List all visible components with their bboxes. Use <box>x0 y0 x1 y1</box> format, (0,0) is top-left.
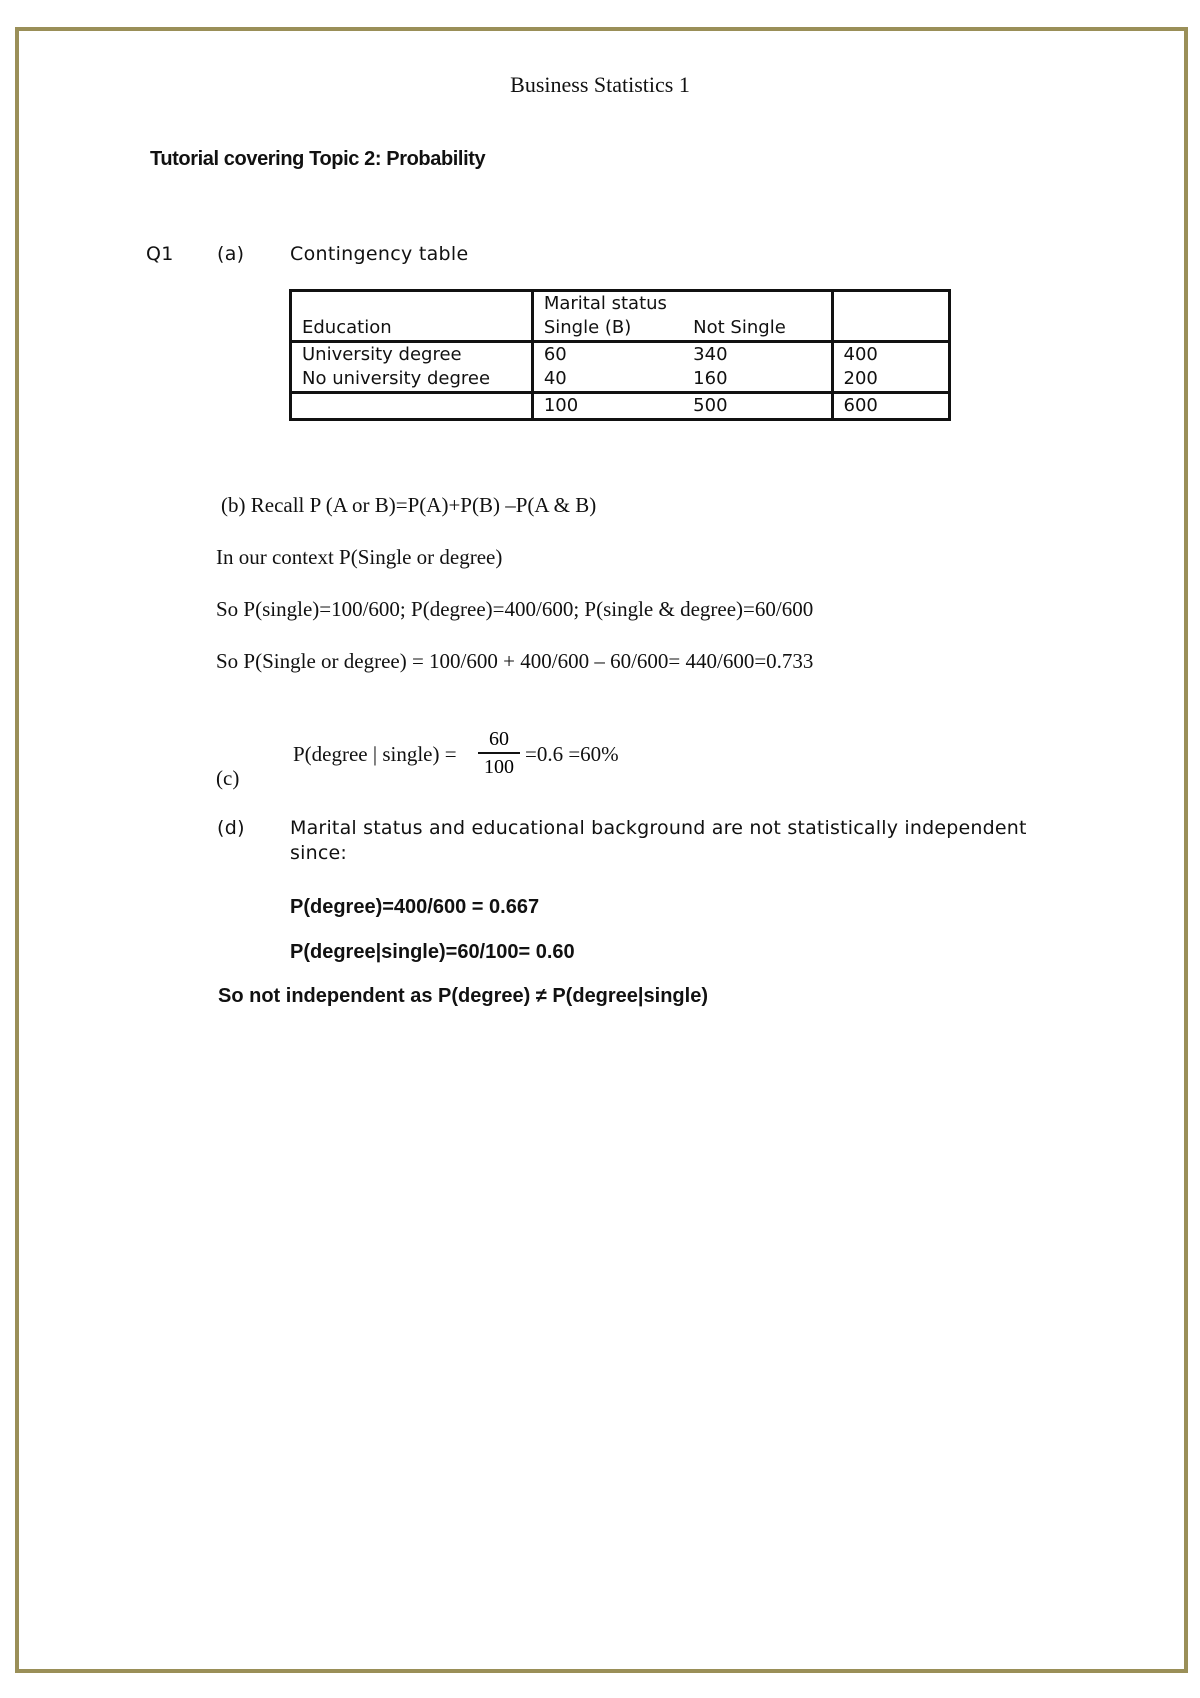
part-d-text: Marital status and educational backgroun… <box>290 817 1027 839</box>
part-d-equation-1: P(degree)=400/600 = 0.667 <box>290 896 539 919</box>
table-row: No university degree 40 160 200 <box>291 367 950 393</box>
group-header: Marital status <box>532 291 832 317</box>
cell: 40 <box>532 367 683 393</box>
column-header: Single (B) <box>532 316 683 342</box>
part-d-conclusion: So not independent as P(degree) ≠ P(degr… <box>218 985 708 1008</box>
document-title: Business Statistics 1 <box>0 72 1200 98</box>
part-b-probabilities: So P(single)=100/600; P(degree)=400/600;… <box>216 597 813 622</box>
part-d-equation-2: P(degree|single)=60/100= 0.60 <box>290 941 575 964</box>
cell: 60 <box>532 342 683 368</box>
row-header: Education <box>291 316 533 342</box>
tutorial-heading: Tutorial covering Topic 2: Probability <box>150 148 485 171</box>
part-a-label: (a) <box>217 243 244 265</box>
part-b-result: So P(Single or degree) = 100/600 + 400/6… <box>216 649 813 674</box>
part-c-fraction: 60 100 <box>478 727 520 779</box>
cell: 600 <box>832 393 949 420</box>
part-b-context: In our context P(Single or degree) <box>216 545 502 570</box>
row-label: University degree <box>291 342 533 368</box>
table-row: University degree 60 340 400 <box>291 342 950 368</box>
cell: 400 <box>832 342 949 368</box>
fraction-denominator: 100 <box>478 755 520 779</box>
question-number: Q1 <box>146 243 174 265</box>
part-a-title: Contingency table <box>290 243 468 265</box>
part-d-text-cont: since: <box>290 842 347 864</box>
fraction-bar <box>478 752 520 754</box>
row-label: No university degree <box>291 367 533 393</box>
contingency-table: Marital status Education Single (B) Not … <box>289 289 951 421</box>
page-border <box>15 27 1188 1673</box>
column-header: Not Single <box>683 316 832 342</box>
cell: 340 <box>683 342 832 368</box>
fraction-numerator: 60 <box>478 727 520 751</box>
table-header-row-2: Education Single (B) Not Single <box>291 316 950 342</box>
part-c-lhs: P(degree | single) = <box>293 742 457 767</box>
table-header-row-1: Marital status <box>291 291 950 317</box>
cell: 500 <box>683 393 832 420</box>
cell: 100 <box>532 393 683 420</box>
column-header <box>832 316 949 342</box>
totals-row: 100 500 600 <box>291 393 950 420</box>
part-d-label: (d) <box>217 817 245 839</box>
part-c-label: (c) <box>216 766 239 791</box>
cell: 200 <box>832 367 949 393</box>
cell: 160 <box>683 367 832 393</box>
part-b-recall: (b) Recall P (A or B)=P(A)+P(B) –P(A & B… <box>221 493 596 518</box>
row-label <box>291 393 533 420</box>
part-c-rhs: =0.6 =60% <box>525 742 619 767</box>
